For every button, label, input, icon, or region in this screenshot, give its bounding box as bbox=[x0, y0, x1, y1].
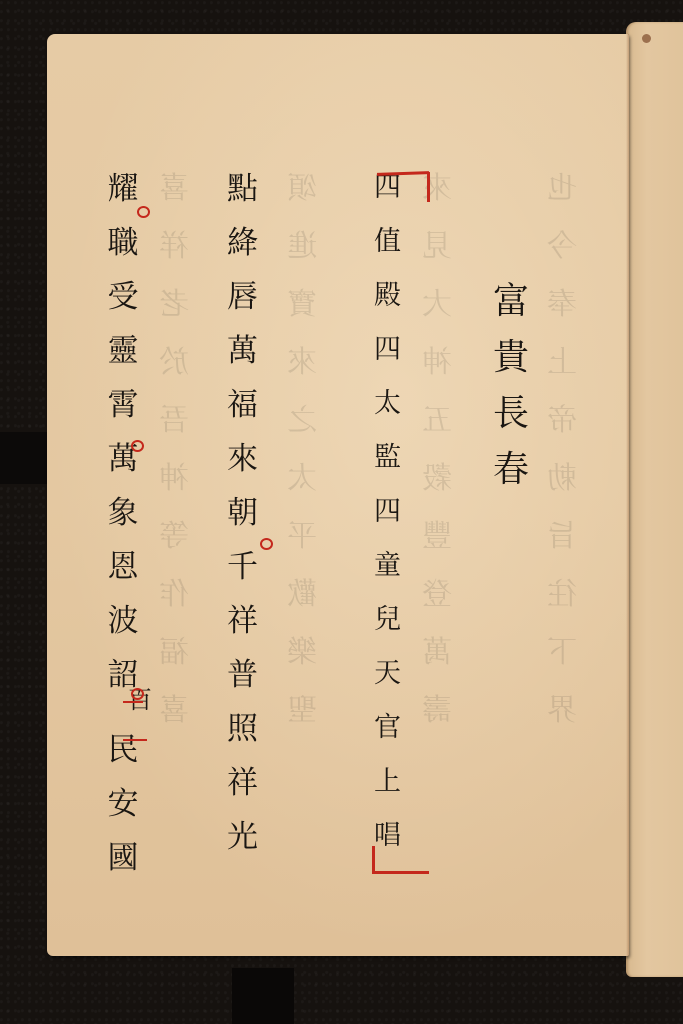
text-char: 值 bbox=[374, 228, 401, 255]
ghost-char: 往 bbox=[547, 580, 577, 610]
ghost-char: 奉 bbox=[547, 290, 577, 320]
text-char: 來 bbox=[227, 444, 258, 475]
ghost-char: 大 bbox=[422, 290, 452, 320]
ghost-char: 之 bbox=[287, 406, 317, 436]
ghost-char: 登 bbox=[422, 580, 452, 610]
book-strap bbox=[0, 432, 50, 484]
ghost-char: 聖 bbox=[287, 696, 317, 726]
text-char: 唱 bbox=[374, 822, 401, 849]
red-punctuation-circle bbox=[260, 538, 273, 550]
text-char: 童 bbox=[374, 552, 401, 579]
red-mark-under-char bbox=[123, 739, 147, 741]
ghost-char: 萬 bbox=[422, 638, 452, 668]
title-char: 春 bbox=[493, 452, 529, 488]
ghost-char: 吾 bbox=[159, 406, 189, 436]
verse-column-2: 耀 職 受 靈 霄 萬 象 恩 波 詔 百 民 安 國 bbox=[94, 174, 152, 897]
ghost-char: 穀 bbox=[422, 464, 452, 494]
red-punctuation-circle bbox=[137, 206, 150, 218]
ghost-char: 見 bbox=[422, 232, 452, 262]
text-char: 恩 bbox=[108, 552, 139, 583]
text-char: 福 bbox=[227, 390, 258, 421]
text-char: 四 bbox=[374, 498, 401, 525]
bleed-through-column-1: 也 今 奉 上 帝 勅 旨 往 下 界 bbox=[547, 174, 577, 754]
text-char: 受 bbox=[108, 282, 139, 313]
manuscript-page: 也 今 奉 上 帝 勅 旨 往 下 界 來 見 大 神 五 穀 豐 登 萬 壽 … bbox=[47, 34, 629, 956]
red-bracket-bottom bbox=[372, 871, 429, 874]
ghost-char: 於 bbox=[159, 348, 189, 378]
text-char: 兒 bbox=[374, 606, 401, 633]
red-bracket-top-side bbox=[427, 172, 430, 202]
title-char: 富 bbox=[493, 284, 529, 320]
bleed-through-column-4: 喜 祥 老 於 吾 神 等 作 福 喜 bbox=[159, 174, 189, 754]
text-char: 照 bbox=[227, 714, 258, 745]
title-char: 貴 bbox=[493, 340, 529, 376]
text-char: 光 bbox=[227, 822, 258, 853]
text-char: 國 bbox=[108, 843, 139, 874]
text-char: 殿 bbox=[374, 282, 401, 309]
ghost-char: 神 bbox=[422, 348, 452, 378]
ghost-char: 寶 bbox=[287, 290, 317, 320]
ghost-char: 今 bbox=[547, 232, 577, 262]
red-mark-over-char bbox=[123, 701, 143, 703]
text-char: 霄 bbox=[108, 390, 139, 421]
ghost-char: 老 bbox=[159, 290, 189, 320]
ghost-char: 旨 bbox=[547, 522, 577, 552]
ghost-char: 下 bbox=[547, 638, 577, 668]
ghost-char: 頌 bbox=[287, 174, 317, 204]
red-bracket-bottom-side bbox=[372, 846, 375, 872]
ghost-char: 壽 bbox=[422, 696, 452, 726]
ghost-char: 等 bbox=[159, 522, 189, 552]
text-char: 波 bbox=[108, 606, 139, 637]
text-char: 安 bbox=[108, 789, 139, 820]
adjacent-page-edge bbox=[626, 22, 683, 977]
text-char: 四 bbox=[374, 336, 401, 363]
ghost-char: 勅 bbox=[547, 464, 577, 494]
ghost-char: 上 bbox=[547, 348, 577, 378]
ghost-char: 歡 bbox=[287, 580, 317, 610]
bleed-through-column-3: 頌 進 寶 來 之 太 平 歡 樂 聖 bbox=[287, 174, 317, 754]
stage-direction-column: 四 值 殿 四 太 監 四 童 兒 天 官 上 唱 bbox=[374, 174, 401, 876]
verse-column-1: 點 絳 唇 萬 福 來 朝 千 祥 普 照 祥 光 bbox=[227, 174, 258, 876]
ghost-char: 平 bbox=[287, 522, 317, 552]
text-char: 象 bbox=[108, 498, 139, 529]
text-char: 點 bbox=[227, 174, 258, 205]
text-char: 朝 bbox=[227, 498, 258, 529]
ghost-char: 喜 bbox=[159, 696, 189, 726]
ghost-char: 豐 bbox=[422, 522, 452, 552]
text-char: 耀 bbox=[108, 174, 139, 205]
text-char: 祥 bbox=[227, 768, 258, 799]
stain-spot bbox=[642, 34, 651, 43]
text-char: 上 bbox=[374, 768, 401, 795]
text-char: 唇 bbox=[227, 282, 258, 313]
ghost-char: 進 bbox=[287, 232, 317, 262]
text-char: 四 bbox=[374, 174, 401, 201]
text-char: 官 bbox=[374, 714, 401, 741]
text-char: 普 bbox=[227, 660, 258, 691]
text-char: 千 bbox=[227, 552, 258, 583]
red-punctuation-circle bbox=[131, 688, 144, 700]
bleed-through-column-2: 來 見 大 神 五 穀 豐 登 萬 壽 bbox=[422, 174, 452, 754]
text-char: 職 bbox=[108, 228, 139, 259]
text-char: 天 bbox=[374, 660, 401, 687]
ghost-char: 帝 bbox=[547, 406, 577, 436]
ghost-char: 祥 bbox=[159, 232, 189, 262]
ghost-char: 福 bbox=[159, 638, 189, 668]
ghost-char: 神 bbox=[159, 464, 189, 494]
text-char: 監 bbox=[374, 444, 401, 471]
ghost-char: 來 bbox=[287, 348, 317, 378]
text-char: 太 bbox=[374, 390, 401, 417]
title-column: 富 貴 長 春 bbox=[493, 284, 529, 508]
book-strap-bottom bbox=[232, 968, 294, 1024]
ghost-char: 五 bbox=[422, 406, 452, 436]
red-punctuation-circle bbox=[131, 440, 144, 452]
text-char: 祥 bbox=[227, 606, 258, 637]
ghost-char: 太 bbox=[287, 464, 317, 494]
ghost-char: 喜 bbox=[159, 174, 189, 204]
text-char: 萬 bbox=[227, 336, 258, 367]
text-char: 靈 bbox=[108, 336, 139, 367]
ghost-char: 也 bbox=[547, 174, 577, 204]
ghost-char: 作 bbox=[159, 580, 189, 610]
title-char: 長 bbox=[493, 396, 529, 432]
ghost-char: 樂 bbox=[287, 638, 317, 668]
ghost-char: 界 bbox=[547, 696, 577, 726]
text-char: 絳 bbox=[227, 228, 258, 259]
